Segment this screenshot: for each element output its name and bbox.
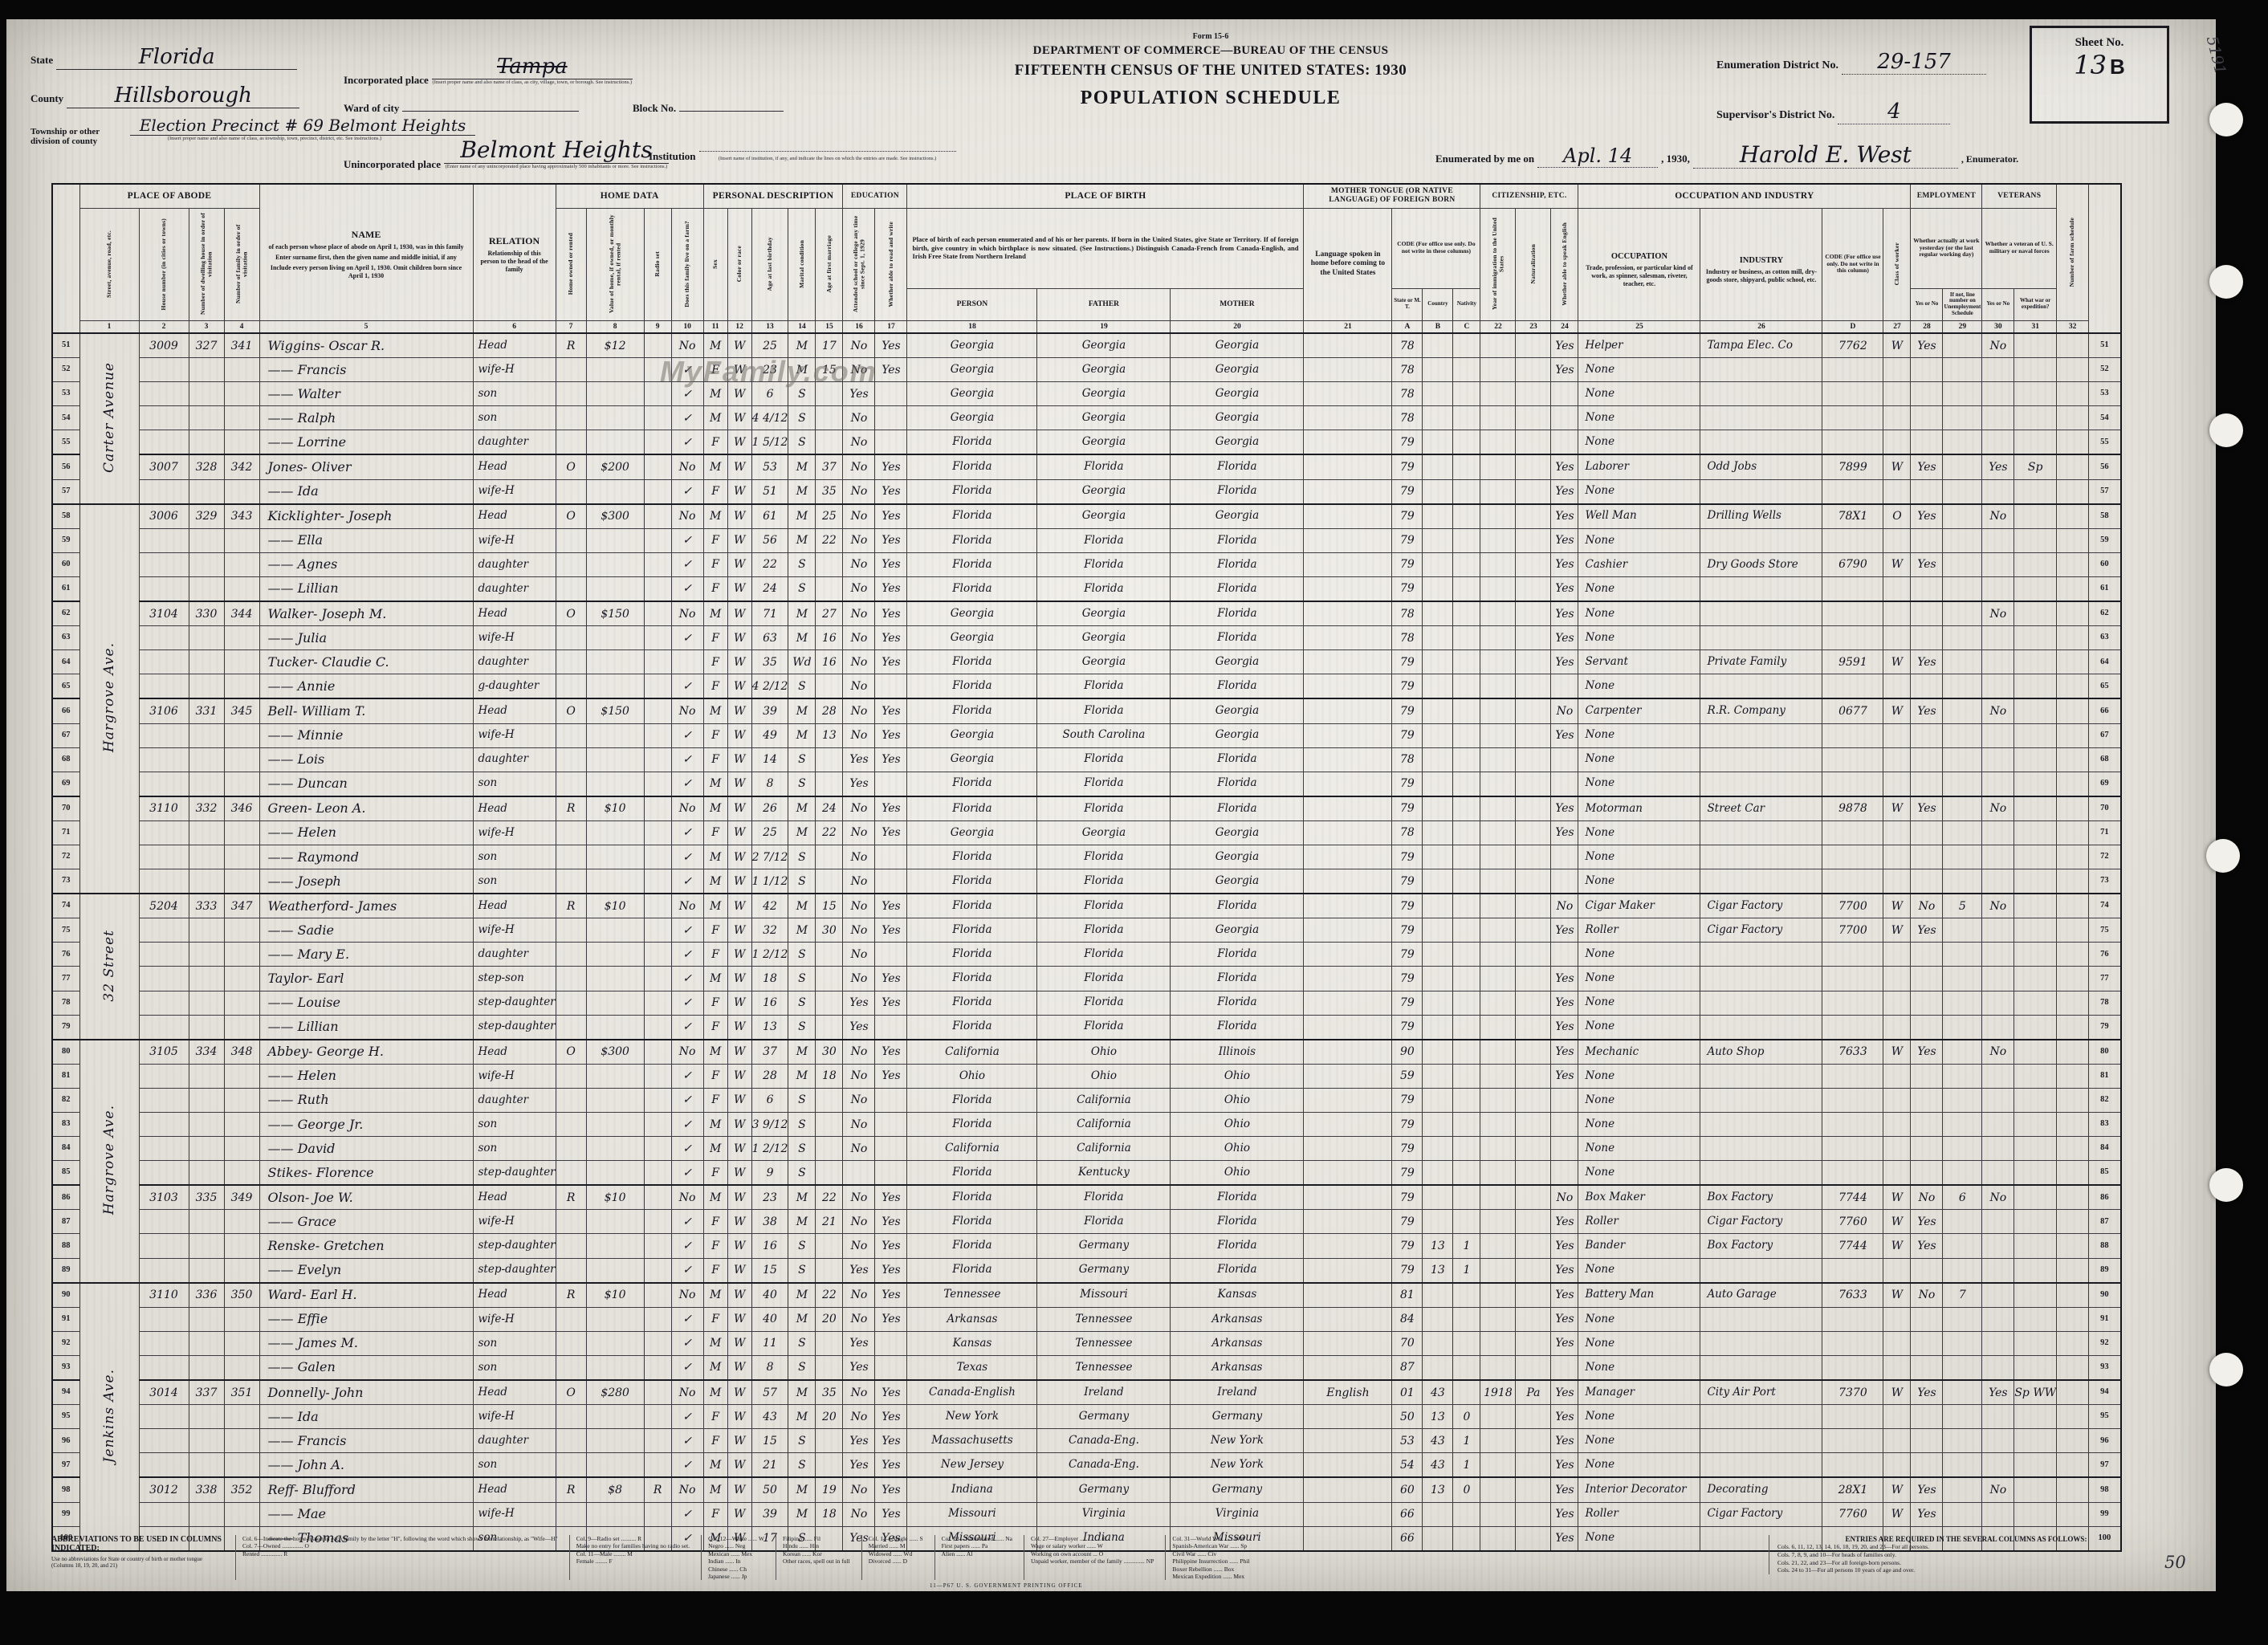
cell-code_a: 79 [1392, 967, 1423, 991]
cell-code_c [1453, 1161, 1480, 1186]
cell-occupation: None [1578, 601, 1700, 626]
line-number: 89 [2089, 1258, 2121, 1283]
cell-farm_no [2057, 504, 2089, 529]
cell-code_a: 79 [1392, 1088, 1423, 1112]
cell-house [139, 991, 189, 1015]
cell-family [224, 943, 259, 967]
census-row: 863103335349Olson- Joe W.HeadR$10NoMW23M… [52, 1185, 2121, 1210]
cell-owned [556, 1015, 586, 1040]
cell-name: Stikes- Florence [259, 1161, 473, 1186]
census-row: 71—— Helenwife-H✓FW25M22NoYesGeorgiaGeor… [52, 820, 2121, 845]
cell-owned [556, 674, 586, 699]
cell-radio [644, 479, 671, 504]
cell-age_married: 16 [816, 650, 843, 674]
cell-birth_mother: Georgia [1171, 382, 1304, 406]
cell-veteran [1982, 1258, 2014, 1283]
cell-relation: wife-H [473, 918, 556, 943]
cell-age_married [816, 747, 843, 772]
cell-value [586, 382, 644, 406]
cell-war [2014, 1405, 2057, 1429]
cell-naturalization [1516, 869, 1551, 894]
header-cell: 17 [875, 320, 907, 333]
census-row: 983012338352Reff- BluffordHeadR$8RNoMW50… [52, 1477, 2121, 1502]
cell-farm: ✓ [671, 479, 703, 504]
cell-name: Ward- Earl H. [259, 1283, 473, 1308]
line-number: 71 [2089, 820, 2121, 845]
cell-immigration [1480, 382, 1516, 406]
line-number: 81 [2089, 1064, 2121, 1088]
cell-marital: S [788, 1015, 816, 1040]
cell-dwelling: 337 [189, 1380, 224, 1405]
header-cell: Country [1423, 288, 1453, 320]
cell-age_married: 20 [816, 1307, 843, 1331]
cell-occupation: None [1578, 430, 1700, 455]
cell-farm_no [2057, 723, 2089, 747]
cell-name: —— John A. [259, 1453, 473, 1478]
cell-code_a: 79 [1392, 1015, 1423, 1040]
cell-tongue [1304, 382, 1392, 406]
cell-worked [1911, 1453, 1943, 1478]
header-cell: EMPLOYMENT [1911, 184, 1982, 208]
header-cell: Place of birth of each person enumerated… [907, 208, 1304, 288]
cell-war [2014, 1283, 2057, 1308]
cell-owned: O [556, 454, 586, 479]
cell-birth_father: Kentucky [1037, 1161, 1171, 1186]
cell-war [2014, 1040, 2057, 1065]
cell-birth_father: Florida [1037, 845, 1171, 869]
cell-immigration [1480, 1307, 1516, 1331]
cell-worked: Yes [1911, 1234, 1943, 1258]
cell-code_d [1822, 1258, 1883, 1283]
cell-name: —— Effie [259, 1307, 473, 1331]
cell-read_write [875, 1137, 907, 1161]
cell-birth_person: Georgia [907, 747, 1037, 772]
line-number: 59 [52, 528, 79, 552]
header-cell: 31 [2014, 320, 2057, 333]
cell-owned [556, 1137, 586, 1161]
cell-farm: ✓ [671, 1161, 703, 1186]
cell-unemployment [1943, 1355, 1982, 1380]
cell-code_a: 54 [1392, 1453, 1423, 1478]
cell-marital: Wd [788, 650, 816, 674]
cell-immigration [1480, 1064, 1516, 1088]
cell-dwelling [189, 1331, 224, 1355]
cell-birth_person: Georgia [907, 406, 1037, 430]
cell-code_b: 13 [1423, 1234, 1453, 1258]
cell-house [139, 430, 189, 455]
cell-veteran [1982, 1502, 2014, 1526]
cell-code_b [1423, 601, 1453, 626]
cell-sex: F [703, 650, 727, 674]
cell-marital: M [788, 528, 816, 552]
cell-code_b [1423, 894, 1453, 918]
cell-farm: No [671, 601, 703, 626]
cell-relation: wife-H [473, 820, 556, 845]
cell-value [586, 1429, 644, 1453]
cell-unemployment [1943, 1258, 1982, 1283]
cell-occupation: None [1578, 626, 1700, 650]
cell-school: No [843, 528, 875, 552]
line-number: 83 [2089, 1113, 2121, 1137]
census-row: 72—— Raymondson✓MW2 7/12SNoFloridaFlorid… [52, 845, 2121, 869]
cell-age_married [816, 1234, 843, 1258]
cell-farm_no [2057, 626, 2089, 650]
cell-marital: S [788, 576, 816, 601]
cell-unemployment [1943, 1015, 1982, 1040]
cell-birth_person: Florida [907, 894, 1037, 918]
cell-code_b [1423, 1331, 1453, 1355]
cell-family: 347 [224, 894, 259, 918]
cell-immigration [1480, 1185, 1516, 1210]
cell-occupation: None [1578, 1015, 1700, 1040]
cell-birth_mother: Arkansas [1171, 1307, 1304, 1331]
cell-age: 53 [751, 454, 788, 479]
cell-tongue [1304, 1331, 1392, 1355]
cell-birth_mother: Florida [1171, 772, 1304, 796]
cell-owned: O [556, 504, 586, 529]
cell-school: No [843, 1283, 875, 1308]
cell-age: 38 [751, 1210, 788, 1234]
cell-immigration [1480, 430, 1516, 455]
cell-age_married [816, 674, 843, 699]
line-number: 55 [52, 430, 79, 455]
cell-owned [556, 650, 586, 674]
cell-english: Yes [1551, 650, 1578, 674]
cell-dwelling [189, 845, 224, 869]
cell-birth_father: Georgia [1037, 820, 1171, 845]
header-cell: Class of worker [1883, 208, 1911, 320]
cell-relation: g-daughter [473, 674, 556, 699]
cell-age: 28 [751, 1064, 788, 1088]
cell-code_a: 79 [1392, 894, 1423, 918]
cell-naturalization [1516, 1210, 1551, 1234]
cell-race: W [727, 1185, 751, 1210]
cell-radio [644, 650, 671, 674]
cell-race: W [727, 552, 751, 576]
cell-farm: No [671, 504, 703, 529]
cell-unemployment [1943, 1429, 1982, 1453]
cell-english [1551, 1113, 1578, 1137]
cell-read_write [875, 1161, 907, 1186]
cell-birth_mother: Georgia [1171, 820, 1304, 845]
cell-owned [556, 1355, 586, 1380]
cell-read_write: Yes [875, 1040, 907, 1065]
cell-code_b [1423, 358, 1453, 382]
line-number: 98 [52, 1477, 79, 1502]
cell-worked: Yes [1911, 333, 1943, 358]
census-row: 99—— Maewife-H✓FW39M18NoYesMissouriVirgi… [52, 1502, 2121, 1526]
cell-age_married [816, 1113, 843, 1137]
street-name: Hargrove Ave. [79, 1040, 139, 1283]
cell-code_c [1453, 918, 1480, 943]
cell-birth_person: Florida [907, 430, 1037, 455]
cell-war [2014, 991, 2057, 1015]
cell-radio [644, 1502, 671, 1526]
cell-value: $12 [586, 333, 644, 358]
cell-relation: wife-H [473, 723, 556, 747]
cell-naturalization [1516, 1064, 1551, 1088]
cell-family [224, 845, 259, 869]
cell-name: —— Mary E. [259, 943, 473, 967]
cell-unemployment [1943, 918, 1982, 943]
cell-war [2014, 333, 2057, 358]
cell-owned [556, 772, 586, 796]
cell-birth_person: Florida [907, 869, 1037, 894]
cell-family [224, 650, 259, 674]
enumerator-label: , Enumerator. [1961, 153, 2018, 165]
cell-industry: Cigar Factory [1700, 1502, 1822, 1526]
cell-radio [644, 1064, 671, 1088]
cell-relation: Head [473, 1477, 556, 1502]
cell-war [2014, 650, 2057, 674]
cell-code_c [1453, 772, 1480, 796]
cell-sex: M [703, 1331, 727, 1355]
cell-code_c [1453, 1113, 1480, 1137]
cell-school: Yes [843, 747, 875, 772]
census-title: FIFTEENTH CENSUS OF THE UNITED STATES: 1… [841, 62, 1580, 79]
cell-code_c [1453, 626, 1480, 650]
census-row: 63—— Juliawife-H✓FW63M16NoYesGeorgiaGeor… [52, 626, 2121, 650]
cell-worked [1911, 406, 1943, 430]
cell-birth_person: Florida [907, 1015, 1037, 1040]
cell-code_a: 79 [1392, 991, 1423, 1015]
cell-radio [644, 1283, 671, 1308]
cell-radio [644, 1040, 671, 1065]
cell-english: Yes [1551, 723, 1578, 747]
cell-read_write: Yes [875, 601, 907, 626]
cell-immigration [1480, 406, 1516, 430]
cell-dwelling [189, 1064, 224, 1088]
cell-tongue [1304, 943, 1392, 967]
cell-occupation: None [1578, 845, 1700, 869]
cell-industry [1700, 943, 1822, 967]
cell-race: W [727, 1161, 751, 1186]
cell-house: 3104 [139, 601, 189, 626]
cell-naturalization [1516, 894, 1551, 918]
cell-code_c [1453, 1015, 1480, 1040]
cell-age_married [816, 1258, 843, 1283]
sheet-letter: B [2110, 55, 2125, 79]
line-number: 71 [52, 820, 79, 845]
cell-read_write: Yes [875, 650, 907, 674]
line-number: 53 [52, 382, 79, 406]
cell-name: Walker- Joseph M. [259, 601, 473, 626]
street-name-label: Jenkins Ave. [103, 1369, 116, 1463]
cell-age_married [816, 845, 843, 869]
cell-worked [1911, 601, 1943, 626]
cell-birth_father: Georgia [1037, 406, 1171, 430]
cell-code_a: 78 [1392, 406, 1423, 430]
cell-family [224, 1355, 259, 1380]
header-cell: Sex [703, 208, 727, 320]
cell-code_d [1822, 601, 1883, 626]
cell-worker_class [1883, 1405, 1911, 1429]
cell-farm: ✓ [671, 869, 703, 894]
line-number: 87 [52, 1210, 79, 1234]
cell-birth_person: Florida [907, 918, 1037, 943]
cell-farm_no [2057, 1283, 2089, 1308]
cell-code_d: 9878 [1822, 796, 1883, 821]
cell-veteran: No [1982, 698, 2014, 723]
cell-naturalization [1516, 382, 1551, 406]
cell-english [1551, 674, 1578, 699]
cell-tongue [1304, 333, 1392, 358]
institution-note: (Insert name of institution, if any, and… [699, 156, 956, 161]
cell-school: No [843, 430, 875, 455]
cell-code_b: 43 [1423, 1380, 1453, 1405]
cell-english: No [1551, 1185, 1578, 1210]
cell-english: Yes [1551, 358, 1578, 382]
cell-house [139, 1258, 189, 1283]
cell-school: No [843, 1064, 875, 1088]
cell-name: —— Galen [259, 1355, 473, 1380]
line-number: 66 [2089, 698, 2121, 723]
census-row: 85Stikes- Florencestep-daughter✓FW9SFlor… [52, 1161, 2121, 1186]
cell-industry: Drilling Wells [1700, 504, 1822, 529]
abbreviations-title: ABBREVIATIONS TO BE USED IN COLUMNS INDI… [51, 1535, 224, 1553]
cell-unemployment [1943, 601, 1982, 626]
cell-unemployment [1943, 358, 1982, 382]
line-number: 64 [52, 650, 79, 674]
cell-owned: O [556, 601, 586, 626]
cell-read_write: Yes [875, 1283, 907, 1308]
cell-house: 3012 [139, 1477, 189, 1502]
cell-birth_father: California [1037, 1088, 1171, 1112]
cell-house [139, 552, 189, 576]
cell-occupation: None [1578, 479, 1700, 504]
cell-worked [1911, 1258, 1943, 1283]
header-cell: CODE (For office use only. Do not write … [1822, 208, 1883, 320]
cell-family [224, 1137, 259, 1161]
cell-read_write: Yes [875, 894, 907, 918]
cell-age_married: 35 [816, 479, 843, 504]
cell-farm_no [2057, 406, 2089, 430]
cell-house: 3110 [139, 796, 189, 821]
cell-worker_class [1883, 1113, 1911, 1137]
cell-house [139, 626, 189, 650]
cell-dwelling [189, 943, 224, 967]
cell-marital: S [788, 674, 816, 699]
line-number: 65 [2089, 674, 2121, 699]
cell-school: Yes [843, 1258, 875, 1283]
cell-race: W [727, 1429, 751, 1453]
cell-relation: son [473, 772, 556, 796]
cell-race: W [727, 601, 751, 626]
cell-relation: wife-H [473, 358, 556, 382]
cell-worked: Yes [1911, 650, 1943, 674]
cell-occupation: Cashier [1578, 552, 1700, 576]
cell-birth_father: Germany [1037, 1234, 1171, 1258]
cell-sex: M [703, 1380, 727, 1405]
cell-family [224, 1015, 259, 1040]
cell-code_a: 79 [1392, 479, 1423, 504]
cell-race: W [727, 747, 751, 772]
cell-naturalization [1516, 698, 1551, 723]
cell-radio [644, 406, 671, 430]
cell-name: —— Raymond [259, 845, 473, 869]
cell-house [139, 479, 189, 504]
cell-school: No [843, 552, 875, 576]
cell-english [1551, 430, 1578, 455]
cell-owned: R [556, 796, 586, 821]
census-row: 61—— Lilliandaughter✓FW24SNoYesFloridaFl… [52, 576, 2121, 601]
cell-family: 343 [224, 504, 259, 529]
cell-dwelling [189, 626, 224, 650]
cell-school: No [843, 650, 875, 674]
cell-war [2014, 601, 2057, 626]
street-name: Carter Avenue [79, 333, 139, 504]
cell-marital: M [788, 1502, 816, 1526]
cell-unemployment [1943, 845, 1982, 869]
cell-age_married [816, 1137, 843, 1161]
cell-worked: Yes [1911, 796, 1943, 821]
cell-farm_no [2057, 1477, 2089, 1502]
county-label: County [31, 92, 63, 104]
cell-worker_class [1883, 1258, 1911, 1283]
cell-code_d [1822, 1015, 1883, 1040]
cell-dwelling [189, 650, 224, 674]
line-number: 92 [2089, 1331, 2121, 1355]
cell-age: 9 [751, 1161, 788, 1186]
cell-house [139, 650, 189, 674]
cell-worked [1911, 528, 1943, 552]
cell-farm_no [2057, 1502, 2089, 1526]
cell-house [139, 1064, 189, 1088]
cell-dwelling [189, 918, 224, 943]
cell-dwelling [189, 479, 224, 504]
cell-read_write: Yes [875, 967, 907, 991]
cell-veteran [1982, 747, 2014, 772]
cell-marital: M [788, 479, 816, 504]
cell-english: Yes [1551, 1015, 1578, 1040]
cell-farm_no [2057, 772, 2089, 796]
cell-radio [644, 1113, 671, 1137]
cell-veteran: No [1982, 601, 2014, 626]
cell-age: 40 [751, 1307, 788, 1331]
cell-dwelling [189, 406, 224, 430]
cell-name: —— George Jr. [259, 1113, 473, 1137]
cell-relation: daughter [473, 576, 556, 601]
header-cell: D [1822, 320, 1883, 333]
cell-worker_class [1883, 1307, 1911, 1331]
cell-code_a: 79 [1392, 528, 1423, 552]
cell-veteran: No [1982, 504, 2014, 529]
cell-code_c [1453, 967, 1480, 991]
cell-immigration [1480, 698, 1516, 723]
cell-code_d [1822, 967, 1883, 991]
cell-race: W [727, 1307, 751, 1331]
institution-label: Institution [649, 150, 696, 162]
cell-worked [1911, 576, 1943, 601]
cell-dwelling [189, 1161, 224, 1186]
cell-value [586, 820, 644, 845]
cell-war [2014, 723, 2057, 747]
cell-code_b [1423, 1502, 1453, 1526]
cell-naturalization [1516, 1040, 1551, 1065]
cell-unemployment [1943, 1040, 1982, 1065]
cell-unemployment [1943, 1307, 1982, 1331]
cell-age: 25 [751, 333, 788, 358]
line-number: 54 [2089, 406, 2121, 430]
cell-birth_father: Germany [1037, 1258, 1171, 1283]
cell-dwelling [189, 1015, 224, 1040]
cell-dwelling [189, 1307, 224, 1331]
cell-worker_class: W [1883, 1040, 1911, 1065]
cell-occupation: None [1578, 1355, 1700, 1380]
cell-sex: M [703, 698, 727, 723]
cell-industry [1700, 406, 1822, 430]
line-number: 66 [52, 698, 79, 723]
